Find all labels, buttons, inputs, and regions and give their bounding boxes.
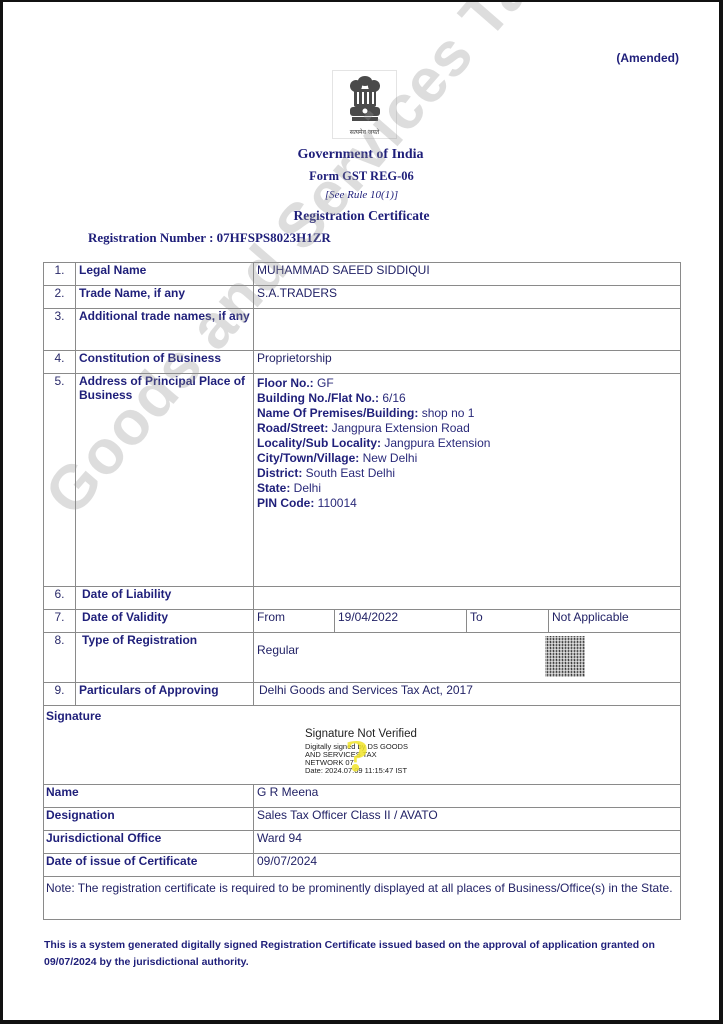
address-locality: Locality/Sub Locality: Jangpura Extensio…: [257, 436, 677, 451]
address-label: Address of Principal Place of Business: [76, 374, 254, 587]
table-row: Date of issue of Certificate 09/07/2024: [44, 854, 681, 877]
legal-name-value: MUHAMMAD SAEED SIDDIQUI: [254, 263, 681, 286]
display-note: Note: The registration certificate is re…: [46, 882, 678, 895]
table-row: 4. Constitution of Business Proprietorsh…: [44, 351, 681, 374]
certificate-title: Registration Certificate: [0, 208, 723, 224]
address-pin: PIN Code: 110014: [257, 496, 677, 511]
row-number: 1.: [44, 263, 76, 286]
constitution-label: Constitution of Business: [76, 351, 254, 374]
approving-act-value: Delhi Goods and Services Tax Act, 2017: [254, 683, 681, 706]
table-row: 7. Date of Validity From 19/04/2022 To N…: [44, 610, 681, 633]
row-number: 6.: [44, 587, 76, 610]
rule-reference: [See Rule 10(1)]: [0, 189, 723, 201]
certificate-table: 1. Legal Name MUHAMMAD SAEED SIDDIQUI 2.…: [43, 262, 681, 920]
row-number: 4.: [44, 351, 76, 374]
amended-label: (Amended): [616, 51, 679, 65]
table-row: Designation Sales Tax Officer Class II /…: [44, 808, 681, 831]
validity-from-value: 19/04/2022: [335, 610, 467, 633]
row-number: 5.: [44, 374, 76, 587]
table-row: 6. Date of Liability: [44, 587, 681, 610]
registration-type-value: Regular: [257, 643, 299, 657]
designation-label: Designation: [44, 808, 254, 831]
additional-trade-names-label: Additional trade names, if any: [76, 309, 254, 351]
qr-code-icon: [545, 636, 585, 677]
signature-row: Signature ? Signature Not Verified Digit…: [44, 706, 681, 785]
emblem-icon: [347, 74, 383, 124]
table-row: Jurisdictional Office Ward 94: [44, 831, 681, 854]
digital-signature-block: ? Signature Not Verified Digitally signe…: [305, 728, 417, 775]
date-of-liability-label: Date of Liability: [76, 587, 254, 610]
table-row: 1. Legal Name MUHAMMAD SAEED SIDDIQUI: [44, 263, 681, 286]
legal-name-label: Legal Name: [76, 263, 254, 286]
date-of-validity-label: Date of Validity: [76, 610, 254, 633]
validity-from-label: From: [254, 610, 335, 633]
note-cell: Note: The registration certificate is re…: [44, 877, 681, 920]
system-generated-note: This is a system generated digitally sig…: [44, 937, 674, 971]
table-row: 2. Trade Name, if any S.A.TRADERS: [44, 286, 681, 309]
national-emblem: सत्यमेव जयते: [332, 70, 397, 139]
jurisdictional-office-value: Ward 94: [254, 831, 681, 854]
government-title: Government of India: [0, 147, 722, 163]
approving-act-label: Particulars of Approving: [76, 683, 254, 706]
registration-type-cell: Regular: [254, 633, 681, 683]
row-number: 3.: [44, 309, 76, 351]
address-state: State: Delhi: [257, 481, 677, 496]
address-premises: Name Of Premises/Building: shop no 1: [257, 406, 677, 421]
constitution-value: Proprietorship: [254, 351, 681, 374]
row-number: 2.: [44, 286, 76, 309]
signature-label: Signature: [46, 709, 101, 723]
officer-name-value: G R Meena: [254, 785, 681, 808]
question-mark-icon: ?: [345, 738, 368, 778]
issue-date-label: Date of issue of Certificate: [44, 854, 254, 877]
note-row: Note: The registration certificate is re…: [44, 877, 681, 920]
additional-trade-names-value: [254, 309, 681, 351]
designation-value: Sales Tax Officer Class II / AVATO: [254, 808, 681, 831]
issue-date-value: 09/07/2024: [254, 854, 681, 877]
table-row: 3. Additional trade names, if any: [44, 309, 681, 351]
address-district: District: South East Delhi: [257, 466, 677, 481]
officer-name-label: Name: [44, 785, 254, 808]
address-value: Floor No.: GF Building No./Flat No.: 6/1…: [254, 374, 681, 587]
table-row: 8. Type of Registration Regular: [44, 633, 681, 683]
address-city: City/Town/Village: New Delhi: [257, 451, 677, 466]
address-road: Road/Street: Jangpura Extension Road: [257, 421, 677, 436]
date-of-liability-value: [254, 587, 681, 610]
row-number: 9.: [44, 683, 76, 706]
table-row: 9. Particulars of Approving Delhi Goods …: [44, 683, 681, 706]
row-number: 8.: [44, 633, 76, 683]
address-building: Building No./Flat No.: 6/16: [257, 391, 677, 406]
table-row: 5. Address of Principal Place of Busines…: [44, 374, 681, 587]
trade-name-value: S.A.TRADERS: [254, 286, 681, 309]
validity-to-value: Not Applicable: [549, 610, 681, 633]
form-title: Form GST REG-06: [0, 169, 723, 184]
trade-name-label: Trade Name, if any: [76, 286, 254, 309]
jurisdictional-office-label: Jurisdictional Office: [44, 831, 254, 854]
row-number: 7.: [44, 610, 76, 633]
address-floor: Floor No.: GF: [257, 376, 677, 391]
signature-cell: Signature ? Signature Not Verified Digit…: [44, 706, 681, 785]
registration-type-label: Type of Registration: [76, 633, 254, 683]
registration-number: Registration Number : 07HFSPS8023H1ZR: [88, 230, 331, 246]
validity-to-label: To: [467, 610, 549, 633]
emblem-caption: सत्यमेव जयते: [333, 128, 396, 136]
table-row: Name G R Meena: [44, 785, 681, 808]
